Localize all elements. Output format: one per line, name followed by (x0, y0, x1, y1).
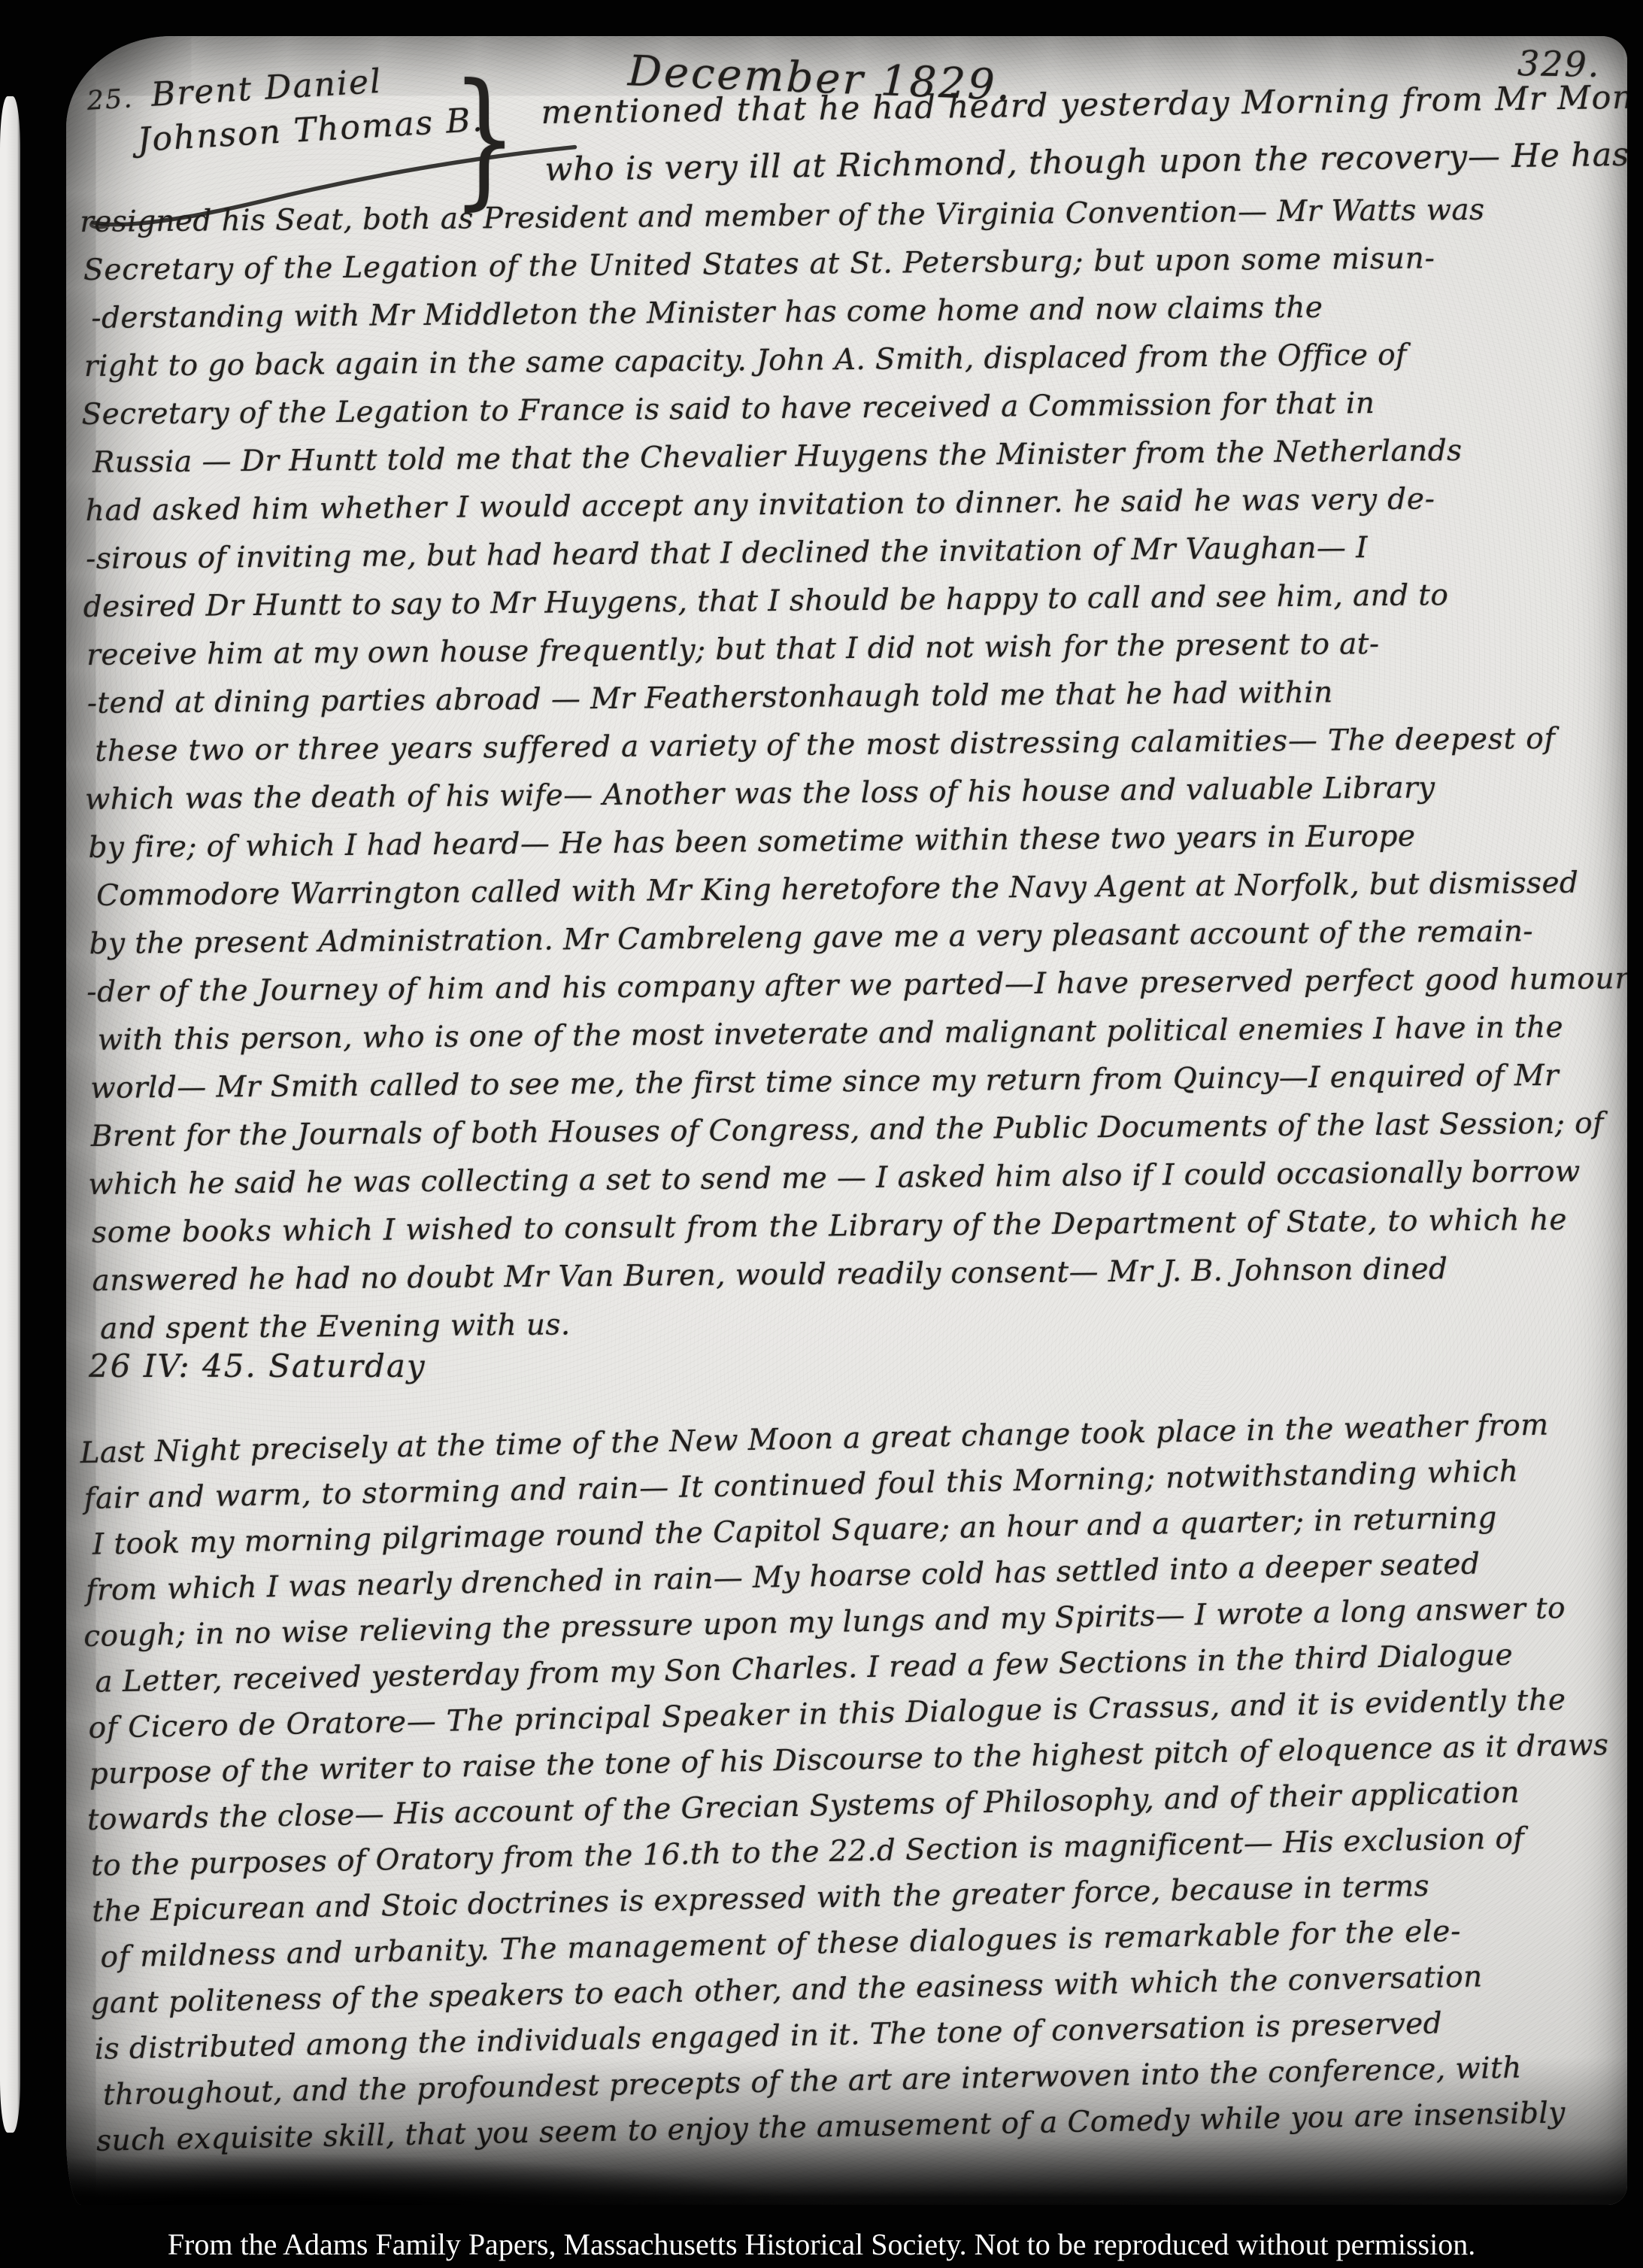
entry-26-heading: 26 IV: 45. Saturday (89, 1348, 426, 1384)
entry-number: 25. (86, 83, 135, 117)
diary-page: December 1829. 329. 25.Brent Daniel John… (66, 36, 1627, 2205)
entry-25-body: resigned his Seat, both as President and… (83, 185, 1627, 1354)
credit-text: From the Adams Family Papers, Massachuse… (0, 2227, 1643, 2262)
curly-brace: } (452, 68, 517, 209)
entry-26-body: Last Night precisely at the time of the … (83, 1401, 1616, 2164)
entry-25-first-lines: mentioned that he had heard yesterday Mo… (544, 68, 1627, 199)
margin-note-name-1: Brent Daniel (150, 62, 383, 114)
microfilm-scan: December 1829. 329. 25.Brent Daniel John… (0, 0, 1643, 2268)
adjacent-page-edge (0, 96, 20, 2133)
